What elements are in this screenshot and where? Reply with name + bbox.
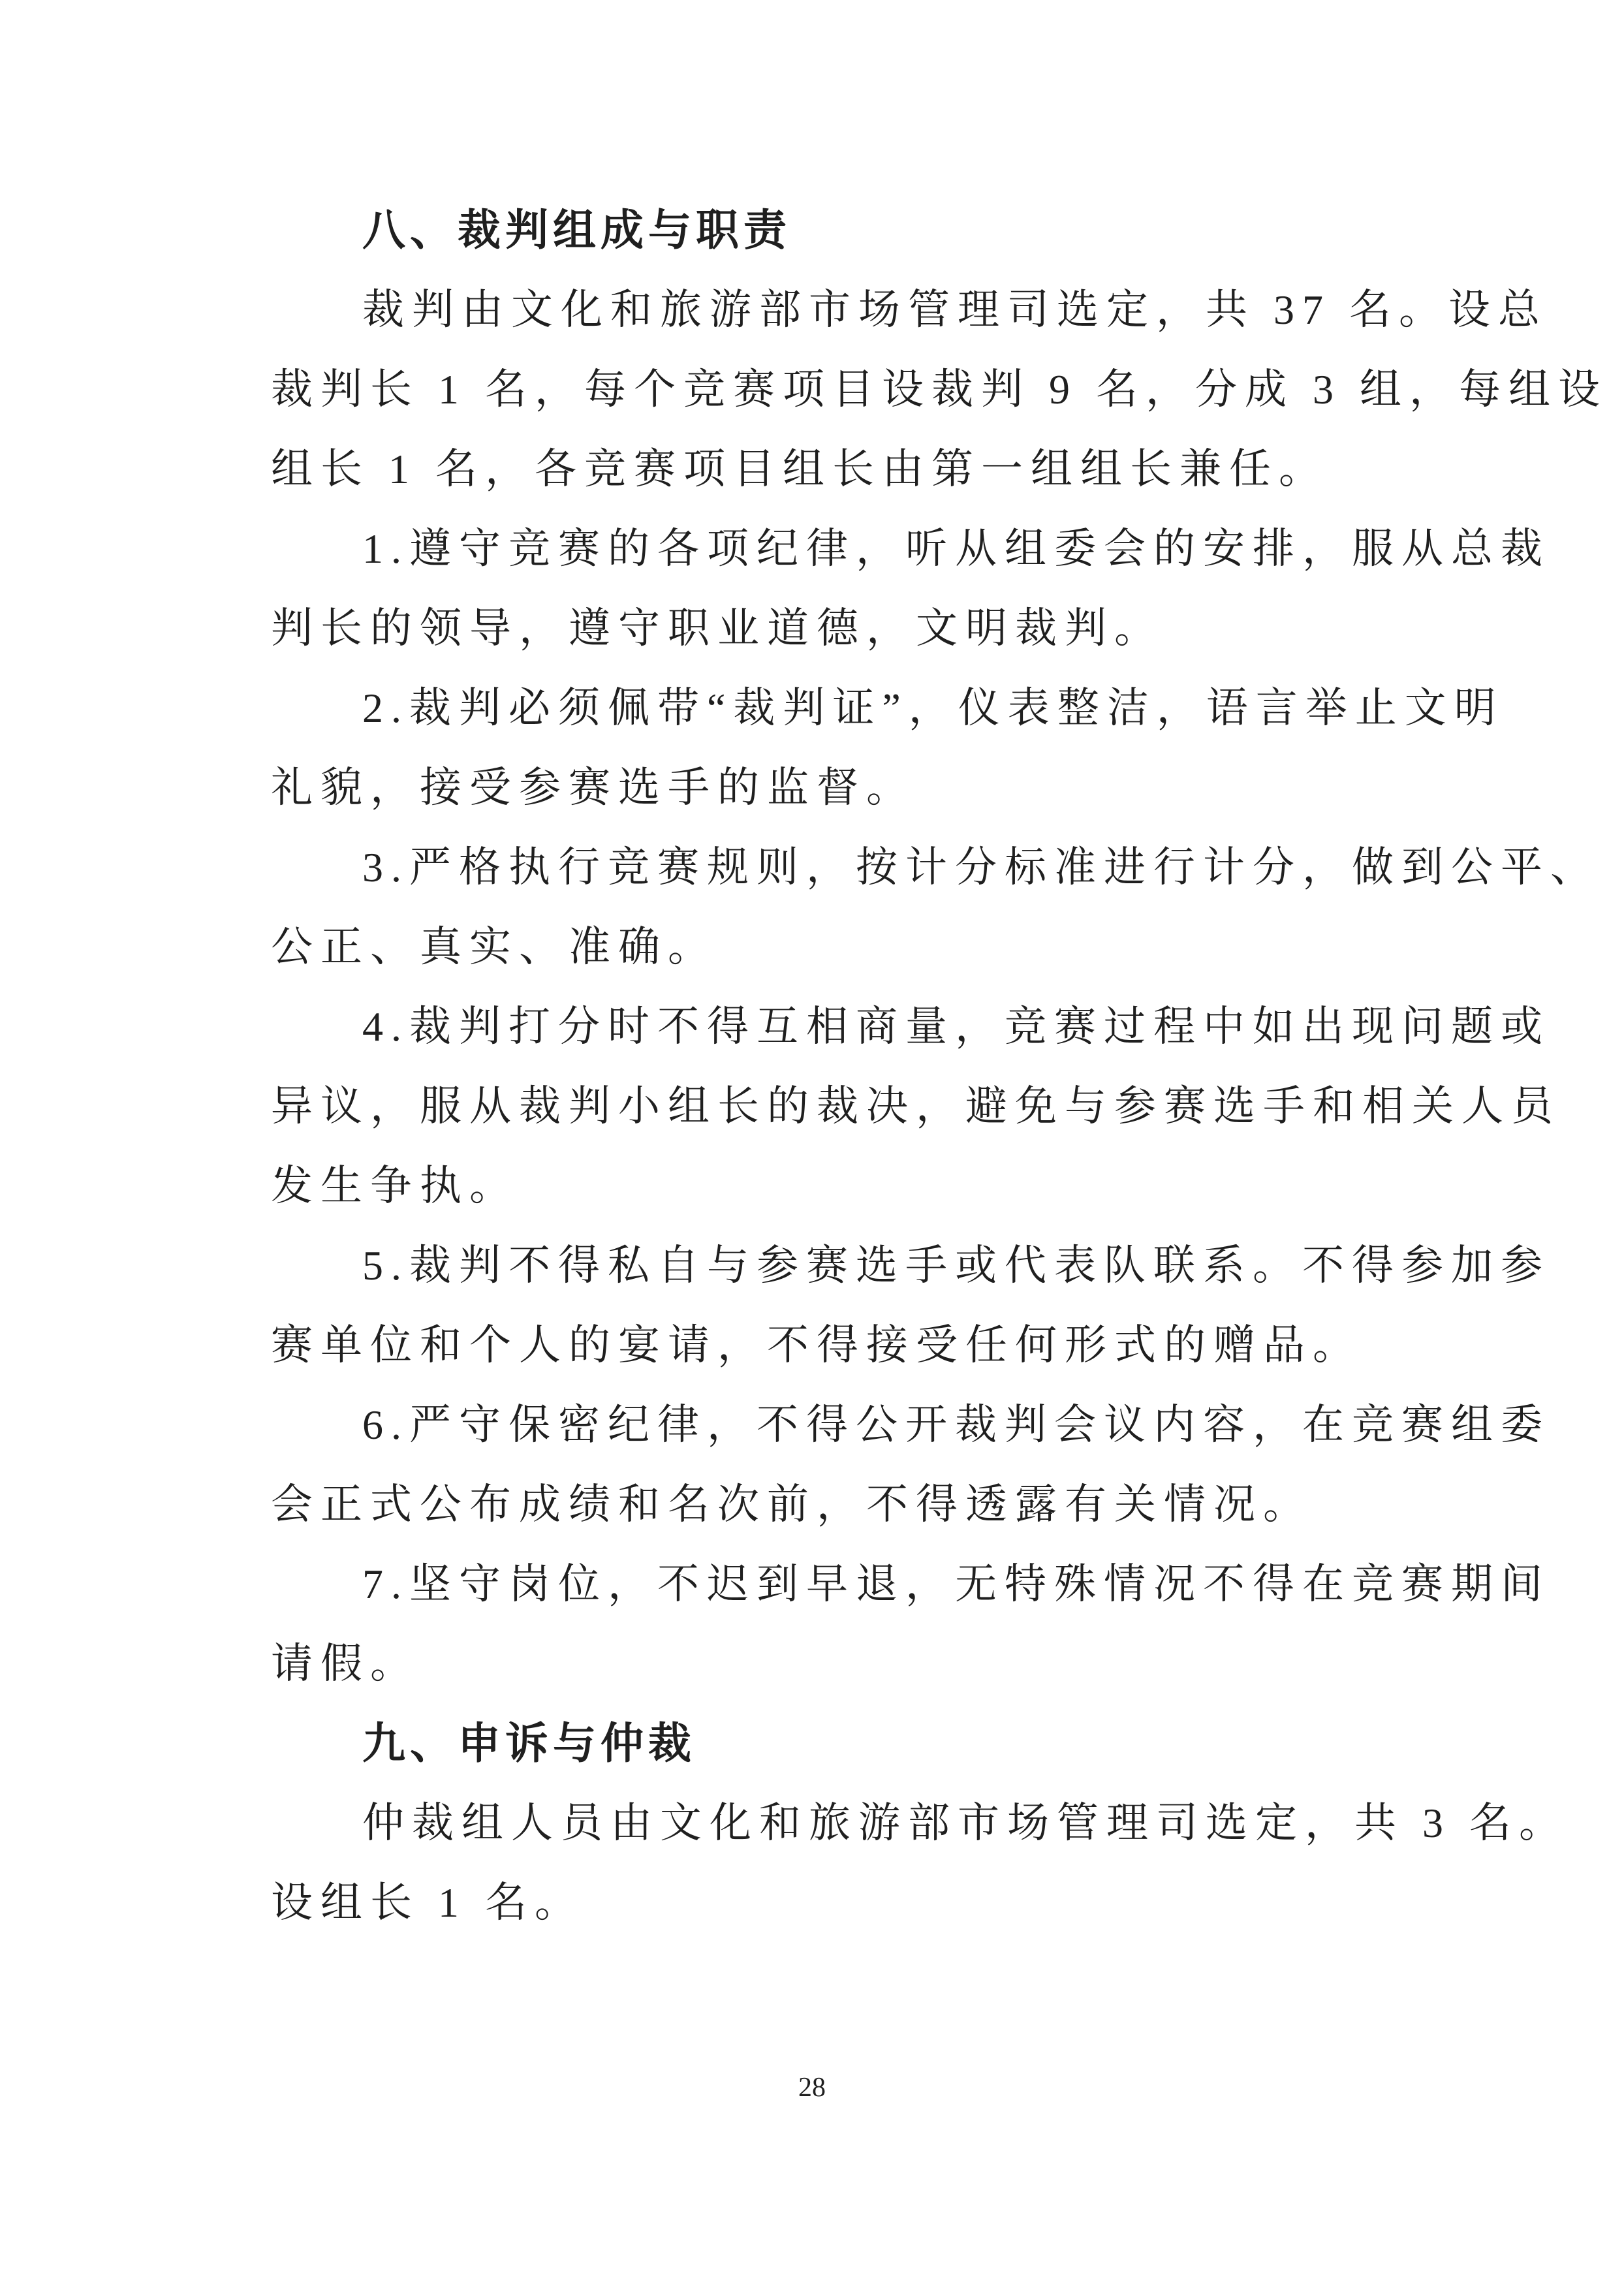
text-line: 赛单位和个人的宴请，不得接受任何形式的赠品。 xyxy=(271,1306,1398,1385)
text-line: 请假。 xyxy=(271,1624,1398,1704)
text-line: 异议，服从裁判小组长的裁决，避免与参赛选手和相关人员 xyxy=(271,1067,1398,1146)
text-line: 设组长 1 名。 xyxy=(271,1863,1398,1943)
text-line: 5.裁判不得私自与参赛选手或代表队联系。不得参加参 xyxy=(271,1226,1398,1306)
text-line: 7.坚守岗位，不迟到早退，无特殊情况不得在竞赛期间 xyxy=(271,1545,1398,1624)
section-heading-referee-duties: 八、裁判组成与职责 xyxy=(271,191,1398,270)
section-heading-appeal-arbitration: 九、申诉与仲裁 xyxy=(271,1704,1398,1783)
text-line: 1.遵守竞赛的各项纪律，听从组委会的安排，服从总裁 xyxy=(271,509,1398,589)
text-line: 仲裁组人员由文化和旅游部市场管理司选定，共 3 名。 xyxy=(271,1783,1398,1863)
document-body: 八、裁判组成与职责 裁判由文化和旅游部市场管理司选定，共 37 名。设总 裁判长… xyxy=(271,191,1398,1943)
text-line: 礼貌，接受参赛选手的监督。 xyxy=(271,748,1398,828)
text-line: 2.裁判必须佩带“裁判证”，仪表整洁，语言举止文明 xyxy=(271,668,1398,748)
text-line: 裁判长 1 名，每个竞赛项目设裁判 9 名，分成 3 组，每组设 xyxy=(271,350,1398,430)
text-line: 公正、真实、准确。 xyxy=(271,907,1398,987)
text-line: 发生争执。 xyxy=(271,1146,1398,1226)
text-line: 裁判由文化和旅游部市场管理司选定，共 37 名。设总 xyxy=(271,270,1398,350)
text-line: 6.严守保密纪律，不得公开裁判会议内容，在竞赛组委 xyxy=(271,1385,1398,1465)
scanned-document-page: 八、裁判组成与职责 裁判由文化和旅游部市场管理司选定，共 37 名。设总 裁判长… xyxy=(0,0,1624,2277)
text-line: 会正式公布成绩和名次前，不得透露有关情况。 xyxy=(271,1465,1398,1545)
text-line: 组长 1 名，各竞赛项目组长由第一组组长兼任。 xyxy=(271,430,1398,509)
page-number: 28 xyxy=(0,2062,1624,2114)
text-line: 3.严格执行竞赛规则，按计分标准进行计分，做到公平、 xyxy=(271,828,1398,907)
text-line: 4.裁判打分时不得互相商量，竞赛过程中如出现问题或 xyxy=(271,987,1398,1067)
text-line: 判长的领导，遵守职业道德，文明裁判。 xyxy=(271,589,1398,668)
